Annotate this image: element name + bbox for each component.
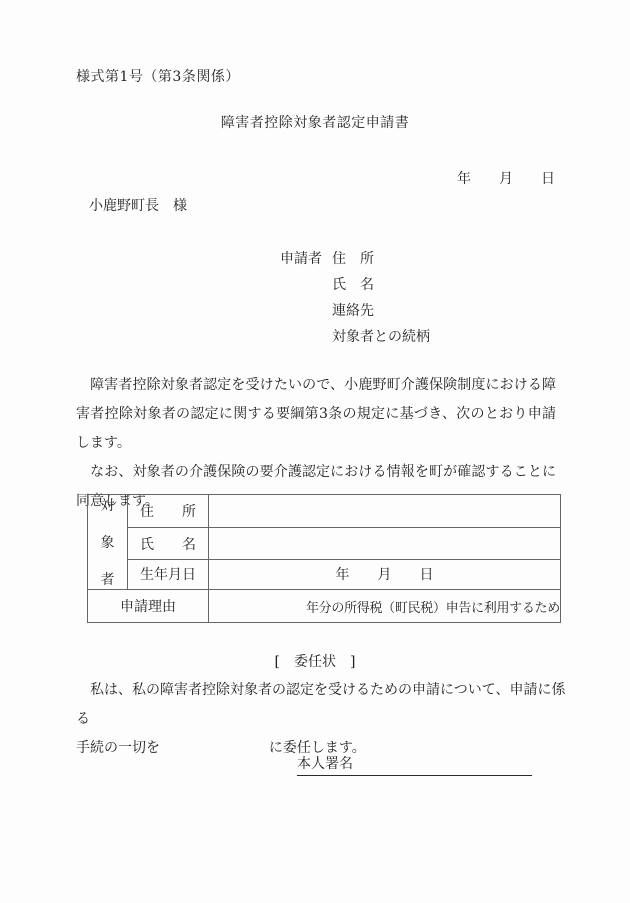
group-char: 者 xyxy=(101,569,115,589)
addressee: 小鹿野町長 様 xyxy=(89,199,187,214)
poa-line2-prefix: 手続の一切を xyxy=(76,740,160,756)
applicant-field-name: 氏 名 xyxy=(332,274,374,294)
birthdate-value-cell: 年 月 日 xyxy=(209,559,561,589)
signature-label: 本人署名 xyxy=(297,756,353,772)
applicant-row-address: 申請者 住 所 xyxy=(280,245,430,271)
address-value-cell xyxy=(209,495,561,528)
applicant-row-name: 氏 名 xyxy=(280,271,430,297)
delegate-name-blank xyxy=(164,751,264,752)
signature-line: 本人署名 xyxy=(297,757,532,776)
poa-line1: 私は、私の障害者控除対象者の認定を受けるための申請について、申請に係る xyxy=(76,676,566,734)
document-page: 様式第1号（第3条関係） 障害者控除対象者認定申請書 年 月 日 小鹿野町長 様… xyxy=(0,0,630,903)
document-title: 障害者控除対象者認定申請書 xyxy=(0,116,630,131)
subject-table: 対 象 者 住 所 氏 名 生年月日 年 月 日 申請理由 年分の所得税（町民税… xyxy=(87,494,561,623)
subject-group-label: 対 象 者 xyxy=(88,495,127,589)
applicant-block: 申請者 住 所 氏 名 連絡先 対象者との続柄 xyxy=(280,245,430,349)
group-char: 象 xyxy=(101,532,115,552)
applicant-row-relationship: 対象者との続柄 xyxy=(280,323,430,349)
poa-title: [ 委任状 ] xyxy=(0,655,630,669)
name-value-cell xyxy=(209,528,561,559)
table-row: 氏 名 xyxy=(88,528,561,559)
poa-line2-suffix: に委任します。 xyxy=(269,740,366,756)
reason-label-cell: 申請理由 xyxy=(88,590,209,623)
address-label-cell: 住 所 xyxy=(128,495,209,528)
applicant-label: 申請者 xyxy=(280,248,322,268)
birthdate-label-cell: 生年月日 xyxy=(128,559,209,589)
table-row: 対 象 者 住 所 xyxy=(88,495,561,528)
applicant-field-relationship: 対象者との続柄 xyxy=(332,326,430,346)
applicant-row-contact: 連絡先 xyxy=(280,297,430,323)
group-char: 対 xyxy=(101,495,115,515)
applicant-field-contact: 連絡先 xyxy=(332,300,374,320)
paragraph-request: 障害者控除対象者認定を受けたいので、小鹿野町介護保険制度における障害者控除対象者… xyxy=(76,371,556,458)
name-label-cell: 氏 名 xyxy=(128,528,209,559)
subject-group-cell: 対 象 者 xyxy=(88,495,128,590)
applicant-field-address: 住 所 xyxy=(332,248,374,268)
form-number: 様式第1号（第3条関係） xyxy=(76,70,240,84)
table-row: 申請理由 年分の所得税（町民税）申告に利用するため xyxy=(88,590,561,623)
date-line: 年 月 日 xyxy=(457,172,555,187)
poa-body: 私は、私の障害者控除対象者の認定を受けるための申請について、申請に係る 手続の一… xyxy=(76,676,566,763)
table-row: 生年月日 年 月 日 xyxy=(88,559,561,589)
reason-value-cell: 年分の所得税（町民税）申告に利用するため xyxy=(209,590,561,623)
